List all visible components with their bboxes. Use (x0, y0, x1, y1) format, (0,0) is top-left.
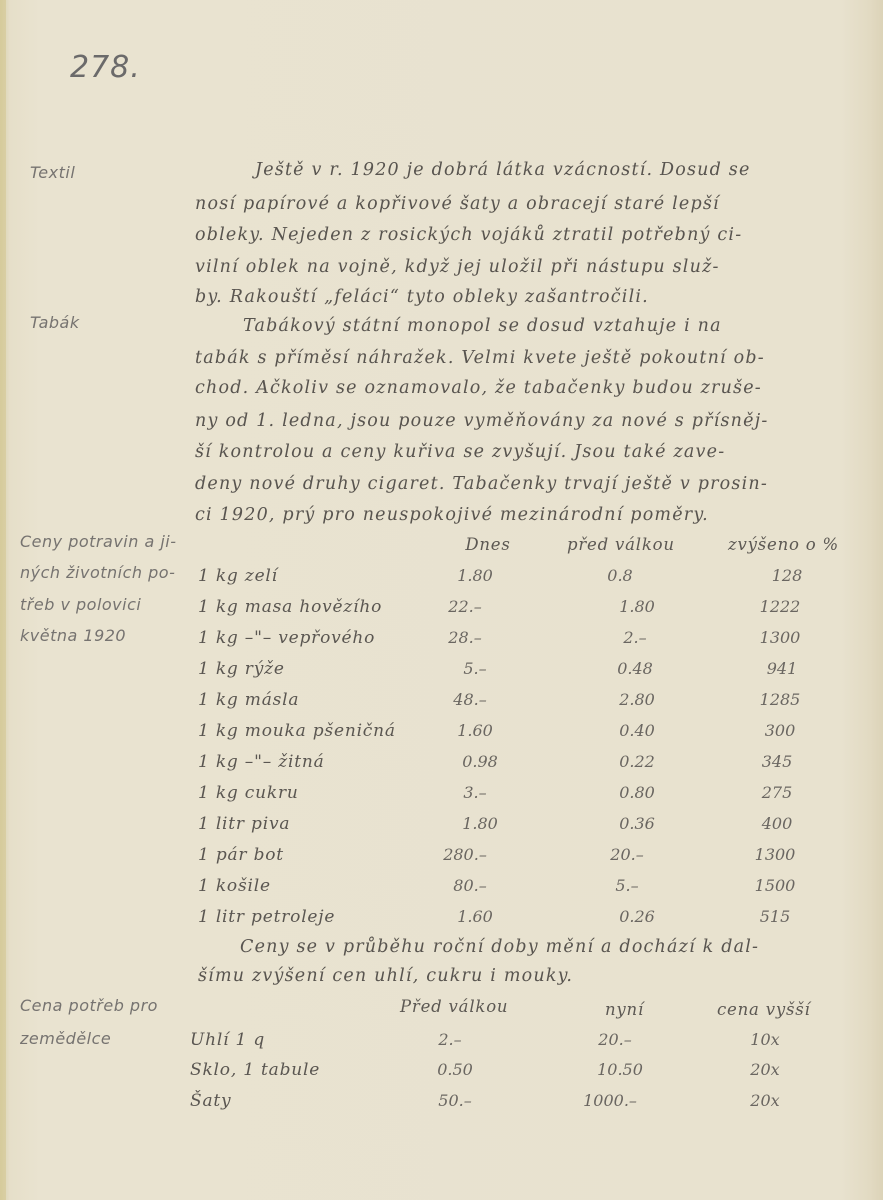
row-zvyseno: 275 (722, 783, 832, 802)
row-item: 1 košile (198, 876, 271, 896)
row-pred: 0.48 (580, 659, 690, 678)
row-zvyseno: 1300 (720, 845, 830, 864)
row-zvyseno: 300 (725, 721, 835, 740)
note-line-2: šímu zvýšení cen uhlí, cukru i mouky. (198, 966, 573, 986)
row-dnes: 28.– (410, 628, 520, 647)
margin-label-textil: Textil (30, 163, 75, 182)
col-header-pred-valkou: před válkou (567, 535, 675, 554)
row-pred: 0.50 (400, 1060, 510, 1079)
row-item: 1 kg rýže (198, 659, 285, 679)
row-zvyseno: 1500 (720, 876, 830, 895)
row-dnes: 22.– (410, 597, 520, 616)
row-item: 1 kg másla (198, 690, 299, 710)
row-zvyseno: 1222 (725, 597, 835, 616)
row-pred: 0.22 (582, 752, 692, 771)
row-zvyseno: 400 (722, 814, 832, 833)
col-header-dnes: Dnes (433, 535, 543, 554)
row-pred: 0.40 (582, 721, 692, 740)
row-pred: 2.80 (582, 690, 692, 709)
row-item: Uhlí 1 q (190, 1030, 265, 1050)
textil-line-4: vilní oblek na vojně, když jej uložil př… (195, 257, 720, 277)
row-pred: 0.8 (565, 566, 675, 585)
row-vyssi: 20x (710, 1091, 820, 1110)
row-dnes: 1.60 (420, 721, 530, 740)
row-pred: 20.– (572, 845, 682, 864)
row-zvyseno: 345 (722, 752, 832, 771)
row-item: 1 litr petroleje (198, 907, 335, 927)
margin-label-zemedelci-1: Cena potřeb pro (20, 996, 158, 1015)
tabak-line-5: ší kontrolou a ceny kuřiva se zvyšují. J… (195, 442, 725, 462)
tabak-line-6: deny nové druhy cigaret. Tabačenky trvaj… (195, 474, 768, 494)
row-item: 1 kg masa hovězího (198, 597, 382, 617)
textil-line-5: by. Rakouští „feláci“ tyto obleky zašant… (195, 287, 649, 307)
chronicle-page: 278. Textil Ještě v r. 1920 je dobrá lát… (0, 0, 883, 1200)
tabak-line-4: ny od 1. ledna, jsou pouze vyměňovány za… (195, 411, 768, 431)
row-dnes: 48.– (415, 690, 525, 709)
row-pred: 0.26 (582, 907, 692, 926)
row-dnes: 1.80 (420, 566, 530, 585)
col-header-pred-valkou-2: Před válkou (400, 997, 508, 1016)
row-pred: 0.80 (582, 783, 692, 802)
row-vyssi: 20x (710, 1060, 820, 1079)
row-zvyseno: 1300 (725, 628, 835, 647)
row-dnes: 80.– (415, 876, 525, 895)
row-pred: 2.– (580, 628, 690, 647)
row-pred: 50.– (400, 1091, 510, 1110)
textil-line-1: Ještě v r. 1920 je dobrá látka vzácností… (255, 160, 751, 180)
tabak-line-3: chod. Ačkoliv se oznamovalo, že tabačenk… (195, 378, 762, 398)
row-item: 1 kg –"– vepřového (198, 628, 375, 648)
margin-label-zemedelci-2: zemědělce (20, 1029, 111, 1048)
row-pred: 5.– (572, 876, 682, 895)
row-nyni: 1000.– (555, 1091, 665, 1110)
margin-label-ceny-4: května 1920 (20, 626, 126, 645)
row-item: Sklo, 1 tabule (190, 1060, 320, 1080)
row-dnes: 1.80 (425, 814, 535, 833)
row-vyssi: 10x (710, 1030, 820, 1049)
note-line-1: Ceny se v průběhu roční doby mění a doch… (240, 937, 759, 957)
row-item: 1 kg cukru (198, 783, 299, 803)
row-item: 1 pár bot (198, 845, 284, 865)
row-item: 1 litr piva (198, 814, 290, 834)
row-item: 1 kg zelí (198, 566, 278, 586)
tabak-line-1: Tabákový státní monopol se dosud vztahuj… (243, 316, 722, 336)
row-dnes: 3.– (420, 783, 530, 802)
row-nyni: 10.50 (565, 1060, 675, 1079)
tabak-line-7: ci 1920, prý pro neuspokojivé mezinárodn… (195, 505, 709, 525)
row-item: Šaty (190, 1091, 231, 1111)
margin-label-ceny-3: třeb v polovici (20, 595, 141, 614)
row-pred: 1.80 (582, 597, 692, 616)
tabak-line-2: tabák s příměsí náhražek. Velmi kvete je… (195, 348, 765, 368)
row-dnes: 5.– (420, 659, 530, 678)
row-dnes: 1.60 (420, 907, 530, 926)
textil-line-2: nosí papírové a kopřivové šaty a obracej… (195, 194, 720, 214)
margin-label-tabak: Tabák (30, 313, 80, 332)
row-zvyseno: 941 (727, 659, 837, 678)
row-dnes: 0.98 (425, 752, 535, 771)
textil-line-3: obleky. Nejeden z rosických vojáků ztrat… (195, 225, 742, 245)
page-number: 278. (70, 50, 141, 85)
row-zvyseno: 128 (732, 566, 842, 585)
margin-label-ceny-2: ných životních po- (20, 563, 175, 582)
col-header-zvyseno: zvýšeno o % (728, 535, 839, 554)
col-header-nyni: nyní (605, 1000, 644, 1019)
row-dnes: 280.– (410, 845, 520, 864)
row-item: 1 kg –"– žitná (198, 752, 325, 772)
row-item: 1 kg mouka pšeničná (198, 721, 396, 741)
row-pred: 2.– (395, 1030, 505, 1049)
row-zvyseno: 1285 (725, 690, 835, 709)
row-pred: 0.36 (582, 814, 692, 833)
row-zvyseno: 515 (720, 907, 830, 926)
margin-label-ceny-1: Ceny potravin a ji- (20, 532, 177, 551)
row-nyni: 20.– (560, 1030, 670, 1049)
col-header-cena-vyssi: cena vyšší (717, 1000, 811, 1019)
